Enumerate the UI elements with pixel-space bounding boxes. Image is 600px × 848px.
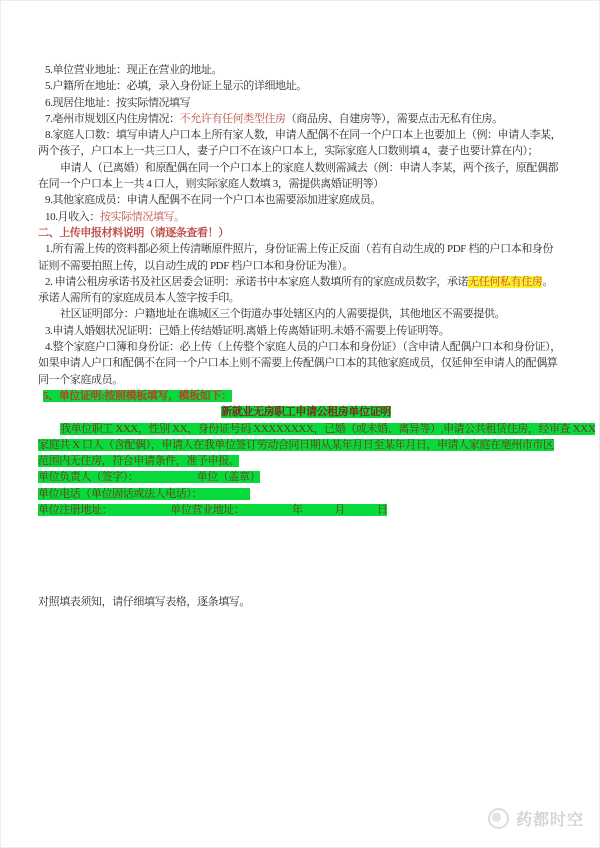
document-line: 单位电话（单位固话或法人电话）： xyxy=(38,486,574,502)
document-body: 5.单位营业地址：现正在营业的地址。5.户籍所在地址：必填，录入身份证上显示的详… xyxy=(38,62,574,611)
text-segment: 按实际情况填写。 xyxy=(100,211,185,223)
document-line: 如果申请人户口和配偶不在同一个户口本上则不需要上传配偶户口本的其他家庭成员，仅延… xyxy=(38,355,574,371)
text-segment: 5、单位证明:按照模板填写，模板如下： xyxy=(43,390,232,402)
text-segment: 家庭共 X 口人（含配偶），申请人在我单位签订劳动合同日期从某年月日至某年月日，… xyxy=(38,439,554,451)
document-line: 5.单位营业地址：现正在营业的地址。 xyxy=(38,62,574,78)
document-line: 证则不需要拍照上传，以自动生成的 PDF 档户口本和身份证为准）。 xyxy=(38,258,574,274)
text-segment: 我单位职工 XXX，性别 XX，身份证号码 XXXXXXXX，已婚（或未婚、离异… xyxy=(60,423,595,435)
document-line: 5、单位证明:按照模板填写，模板如下： xyxy=(38,388,574,404)
text-segment: 证则不需要拍照上传，以自动生成的 PDF 档户口本和身份证为准）。 xyxy=(38,260,353,272)
document-line: 9.其他家庭成员：申请人配偶不在同一个户口本也需要添加进家庭成员。 xyxy=(38,192,574,208)
text-segment: 范围内无住房，符合申请条件，准予申报。 xyxy=(38,455,239,467)
text-segment: 无任何私有住房 xyxy=(468,276,542,288)
document-line: 新就业无房职工申请公租房单位证明 xyxy=(38,404,574,420)
text-segment: 单位负责人（签字）： 单位（盖章） xyxy=(38,471,260,483)
document-line: 承诺人需所有的家庭成员本人签字按手印。 xyxy=(38,290,574,306)
document-line: 在同一个户口本上一共 4 口人，则实际家庭人数填 3，需提供离婚证明等） xyxy=(38,176,574,192)
watermark-text: 药都时空 xyxy=(516,807,584,830)
text-segment: 1.所有需上传的资料都必须上传清晰原件照片，身份证需上传正反面（若有自动生成的 … xyxy=(45,243,553,255)
document-line: 8.家庭人口数：填写申请人户口本上所有家人数，申请人配偶不在同一个户口本上也要加… xyxy=(38,127,574,143)
text-segment: 10.月收入： xyxy=(45,211,100,223)
text-segment: （商品房、自建房等），需要点击无私有住房。 xyxy=(286,113,503,125)
document-page: 5.单位营业地址：现正在营业的地址。5.户籍所在地址：必填，录入身份证上显示的详… xyxy=(0,0,600,848)
text-segment: 新就业无房职工申请公租房单位证明 xyxy=(221,406,391,418)
document-line: 同一个家庭成员。 xyxy=(38,372,574,388)
text-segment: 对照填表须知，请仔细填写表格，逐条填写。 xyxy=(38,596,250,608)
text-segment: 8.家庭人口数：填写申请人户口本上所有家人数，申请人配偶不在同一个户口本上也要加… xyxy=(45,129,561,141)
document-line: 单位负责人（签字）： 单位（盖章） xyxy=(38,469,574,485)
document-line: 5.户籍所在地址：必填，录入身份证上显示的详细地址。 xyxy=(38,78,574,94)
document-line: 单位注册地址： 单位营业地址： 年 月 日 xyxy=(38,502,574,518)
text-segment: 7.亳州市规划区内住房情况： xyxy=(45,113,180,125)
document-line: 6.现居住地址：按实际情况填写 xyxy=(38,95,574,111)
text-segment: 二、上传申报材料说明（请逐条查看！） xyxy=(38,227,229,239)
document-line: 3.申请人婚姻状况证明：已婚上传结婚证明.离婚上传离婚证明.未婚不需要上传证明等… xyxy=(38,323,574,339)
document-line: 家庭共 X 口人（含配偶），申请人在我单位签订劳动合同日期从某年月日至某年月日，… xyxy=(38,437,574,453)
document-line: 2. 申请公租房承诺书及社区居委会证明：承诺书中本家庭人数填所有的家庭成员数字，… xyxy=(38,274,574,290)
text-segment: 3.申请人婚姻状况证明：已婚上传结婚证明.离婚上传离婚证明.未婚不需要上传证明等… xyxy=(45,325,449,337)
text-segment: 单位注册地址： 单位营业地址： 年 月 日 xyxy=(38,504,387,516)
text-segment: 两个孩子，户口本上一共三口人，妻子户口不在该户口本上，实际家庭人口数则填 4，妻… xyxy=(38,145,538,157)
text-segment: 5.户籍所在地址：必填，录入身份证上显示的详细地址。 xyxy=(45,80,307,92)
document-line: 范围内无住房，符合申请条件，准予申报。 xyxy=(38,453,574,469)
document-line: 10.月收入：按实际情况填写。 xyxy=(38,209,574,225)
document-line: 两个孩子，户口本上一共三口人，妻子户口不在该户口本上，实际家庭人口数则填 4，妻… xyxy=(38,143,574,159)
text-segment: 同一个家庭成员。 xyxy=(38,374,123,386)
document-line: 4.整个家庭户口簿和身份证：必上传（上传整个家庭人员的户口本和身份证）（含申请人… xyxy=(38,339,574,355)
document-line: 1.所有需上传的资料都必须上传清晰原件照片，身份证需上传正反面（若有自动生成的 … xyxy=(38,241,574,257)
text-segment: 申请人（已离婚）和原配偶在同一个户口本上的家庭人数则需减去（例：申请人李某，两个… xyxy=(60,162,558,174)
watermark: 药都时空 xyxy=(488,807,584,830)
text-segment: 9.其他家庭成员：申请人配偶不在同一个户口本也需要添加进家庭成员。 xyxy=(45,194,381,206)
document-line: 我单位职工 XXX，性别 XX，身份证号码 XXXXXXXX，已婚（或未婚、离异… xyxy=(38,421,574,437)
document-line: 7.亳州市规划区内住房情况：不允许有任何类型住房（商品房、自建房等），需要点击无… xyxy=(38,111,574,127)
text-segment: 。 xyxy=(542,276,553,288)
text-segment: 社区证明部分：户籍地址在谯城区三个街道办事处辖区内的人需要提供，其他地区不需要提… xyxy=(60,308,505,320)
text-segment: 2. 申请公租房承诺书及社区居委会证明：承诺书中本家庭人数填所有的家庭成员数字，… xyxy=(45,276,468,288)
text-segment: 承诺人需所有的家庭成员本人签字按手印。 xyxy=(38,292,239,304)
document-line: 申请人（已离婚）和原配偶在同一个户口本上的家庭人数则需减去（例：申请人李某，两个… xyxy=(38,160,574,176)
round-logo-icon xyxy=(488,808,509,829)
text-segment: 单位电话（单位固话或法人电话）： xyxy=(38,488,250,500)
document-line: 二、上传申报材料说明（请逐条查看！） xyxy=(38,225,574,241)
text-segment: 如果申请人户口和配偶不在同一个户口本上则不需要上传配偶户口本的其他家庭成员，仅延… xyxy=(38,357,557,369)
text-segment: 4.整个家庭户口簿和身份证：必上传（上传整个家庭人员的户口本和身份证）（含申请人… xyxy=(45,341,561,353)
text-segment: 不允许有任何类型住房 xyxy=(180,113,286,125)
document-line: 对照填表须知，请仔细填写表格，逐条填写。 xyxy=(38,594,574,610)
document-line: 社区证明部分：户籍地址在谯城区三个街道办事处辖区内的人需要提供，其他地区不需要提… xyxy=(38,306,574,322)
text-segment: 在同一个户口本上一共 4 口人，则实际家庭人数填 3，需提供离婚证明等） xyxy=(38,178,384,190)
text-segment: 6.现居住地址：按实际情况填写 xyxy=(45,97,190,109)
text-segment: 5.单位营业地址：现正在营业的地址。 xyxy=(45,64,222,76)
